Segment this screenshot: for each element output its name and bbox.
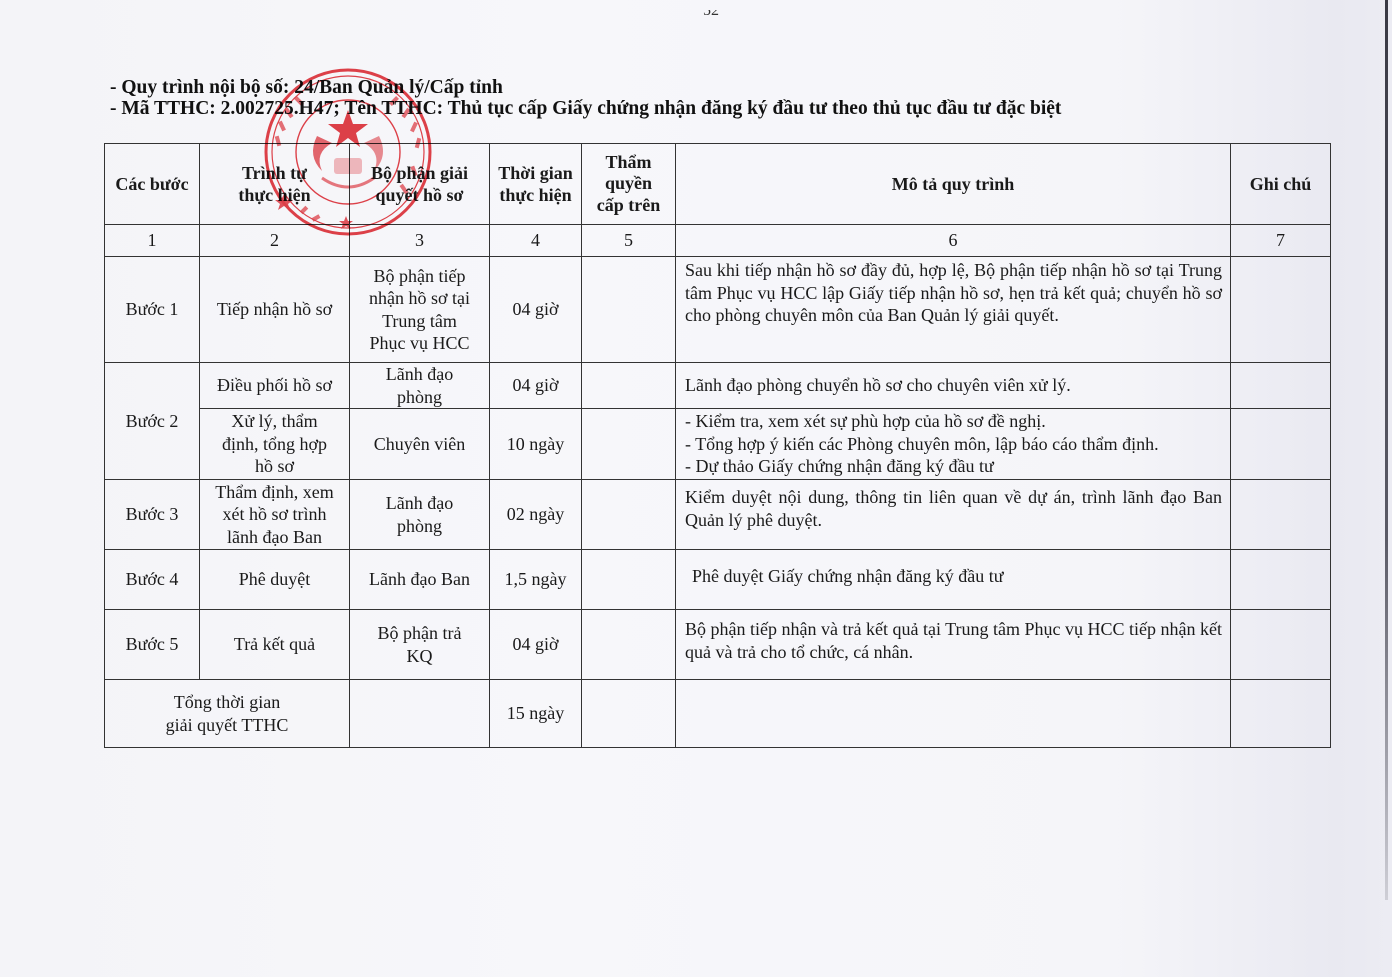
col-index: 1	[105, 225, 200, 257]
header-row: Các bước Trình tự thực hiện Bộ phận giải…	[105, 144, 1331, 225]
sequence-cell: Tiếp nhận hồ sơ	[200, 257, 350, 363]
col-index: 5	[582, 225, 676, 257]
description-cell: Bộ phận tiếp nhận và trả kết quả tại Tru…	[676, 610, 1231, 680]
authority-cell	[582, 363, 676, 409]
authority-cell	[582, 610, 676, 680]
process-table: Các bước Trình tự thực hiện Bộ phận giải…	[104, 143, 1331, 748]
description-cell: Lãnh đạo phòng chuyển hồ sơ cho chuyên v…	[676, 363, 1231, 409]
scan-edge	[1385, 0, 1388, 900]
authority-cell	[582, 257, 676, 363]
time-cell: 10 ngày	[490, 409, 582, 480]
sequence-cell: Điều phối hồ sơ	[200, 363, 350, 409]
col-index: 4	[490, 225, 582, 257]
sequence-cell: Phê duyệt	[200, 550, 350, 610]
description-cell	[676, 680, 1231, 748]
note-cell	[1231, 363, 1331, 409]
authority-cell	[582, 550, 676, 610]
note-cell	[1231, 550, 1331, 610]
department-cell: Chuyên viên	[350, 409, 490, 480]
department-cell: Bộ phận tiếp nhận hồ sơ tại Trung tâm Ph…	[350, 257, 490, 363]
step-cell: Bước 5	[105, 610, 200, 680]
col-header-description: Mô tả quy trình	[676, 144, 1231, 225]
total-label: Tổng thời gian giải quyết TTHC	[105, 680, 350, 748]
col-index: 7	[1231, 225, 1331, 257]
note-cell	[1231, 610, 1331, 680]
col-index: 3	[350, 225, 490, 257]
department-cell: Bộ phận trả KQ	[350, 610, 490, 680]
internal-process-number: - Quy trình nội bộ số: 24/Ban Quản lý/Cấ…	[110, 77, 503, 99]
table-row: Bước 3 Thẩm định, xem xét hồ sơ trình lã…	[105, 480, 1331, 550]
authority-cell	[582, 680, 676, 748]
table-row: Xử lý, thẩm định, tổng hợp hồ sơ Chuyên …	[105, 409, 1331, 480]
total-time: 15 ngày	[490, 680, 582, 748]
index-row: 1 2 3 4 5 6 7	[105, 225, 1331, 257]
col-index: 6	[676, 225, 1231, 257]
scanned-page: 52 - Quy trình nội bộ số: 24/Ban Quản lý…	[0, 0, 1392, 977]
col-header-authority: Thẩm quyền cấp trên	[582, 144, 676, 225]
col-header-department: Bộ phận giải quyết hồ sơ	[350, 144, 490, 225]
time-cell: 1,5 ngày	[490, 550, 582, 610]
time-cell: 04 giờ	[490, 363, 582, 409]
time-cell: 02 ngày	[490, 480, 582, 550]
col-header-step: Các bước	[105, 144, 200, 225]
note-cell	[1231, 480, 1331, 550]
authority-cell	[582, 480, 676, 550]
col-header-note: Ghi chú	[1231, 144, 1331, 225]
total-row: Tổng thời gian giải quyết TTHC 15 ngày	[105, 680, 1331, 748]
col-header-time: Thời gian thực hiện	[490, 144, 582, 225]
step-cell: Bước 4	[105, 550, 200, 610]
col-index: 2	[200, 225, 350, 257]
table-row: Bước 1 Tiếp nhận hồ sơ Bộ phận tiếp nhận…	[105, 257, 1331, 363]
step-cell: Bước 2	[105, 363, 200, 480]
time-cell: 04 giờ	[490, 257, 582, 363]
note-cell	[1231, 257, 1331, 363]
procedure-code-and-name: - Mã TTHC: 2.002725.H47; Tên TTHC: Thủ t…	[110, 98, 1061, 120]
page-number: 52	[703, 2, 719, 20]
note-cell	[1231, 680, 1331, 748]
department-cell	[350, 680, 490, 748]
time-cell: 04 giờ	[490, 610, 582, 680]
table-row: Bước 5 Trả kết quả Bộ phận trả KQ 04 giờ…	[105, 610, 1331, 680]
department-cell: Lãnh đạo phòng	[350, 363, 490, 409]
table-row: Bước 4 Phê duyệt Lãnh đạo Ban 1,5 ngày P…	[105, 550, 1331, 610]
note-cell	[1231, 409, 1331, 480]
description-cell: Sau khi tiếp nhận hồ sơ đầy đủ, hợp lệ, …	[676, 257, 1231, 363]
step-cell: Bước 3	[105, 480, 200, 550]
col-header-sequence: Trình tự thực hiện	[200, 144, 350, 225]
description-cell: Kiểm duyệt nội dung, thông tin liên quan…	[676, 480, 1231, 550]
department-cell: Lãnh đạo phòng	[350, 480, 490, 550]
table-row: Bước 2 Điều phối hồ sơ Lãnh đạo phòng 04…	[105, 363, 1331, 409]
description-cell: Phê duyệt Giấy chứng nhận đăng ký đầu tư	[676, 550, 1231, 610]
sequence-cell: Thẩm định, xem xét hồ sơ trình lãnh đạo …	[200, 480, 350, 550]
department-cell: Lãnh đạo Ban	[350, 550, 490, 610]
authority-cell	[582, 409, 676, 480]
sequence-cell: Xử lý, thẩm định, tổng hợp hồ sơ	[200, 409, 350, 480]
description-cell: - Kiểm tra, xem xét sự phù hợp của hồ sơ…	[676, 409, 1231, 480]
step-cell: Bước 1	[105, 257, 200, 363]
sequence-cell: Trả kết quả	[200, 610, 350, 680]
